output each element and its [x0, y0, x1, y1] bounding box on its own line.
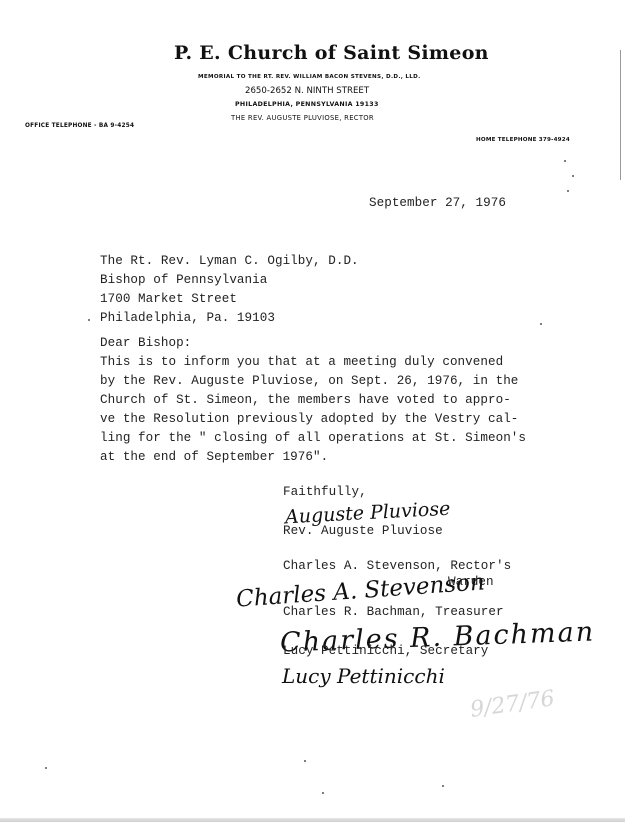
- body-line: at the end of September 1976".: [100, 448, 328, 467]
- body-line: Church of St. Simeon, the members have v…: [100, 391, 511, 410]
- letterhead-memorial: MEMORIAL TO THE RT. REV. WILLIAM BACON S…: [198, 74, 421, 80]
- typed-name-pluviose: Rev. Auguste Pluviose: [283, 522, 443, 541]
- letter-date: September 27, 1976: [369, 194, 506, 213]
- recipient-line: Philadelphia, Pa. 19103: [100, 309, 275, 328]
- typed-name-bachman: Charles R. Bachman, Treasurer: [283, 603, 504, 622]
- scan-speck: [442, 785, 444, 787]
- scan-bottom-edge: [0, 818, 625, 822]
- letterhead-city: PHILADELPHIA, PENNSYLVANIA 19133: [235, 101, 379, 108]
- home-telephone: HOME TELEPHONE 379-4924: [476, 137, 570, 143]
- scan-speck: [564, 160, 566, 162]
- body-line: ling for the " closing of all operations…: [100, 429, 526, 448]
- scan-speck: [567, 190, 569, 192]
- signature-pettinicchi: Lucy Pettinicchi: [282, 664, 445, 688]
- body-line: ve the Resolution previously adopted by …: [100, 410, 518, 429]
- scan-speck: [540, 323, 542, 325]
- body-line: by the Rev. Auguste Pluviose, on Sept. 2…: [100, 372, 518, 391]
- closing: Faithfully,: [283, 483, 367, 502]
- letterhead-street: 2650-2652 N. NINTH STREET: [245, 86, 369, 96]
- scan-speck: [304, 760, 306, 762]
- scan-speck: [322, 792, 324, 794]
- body-line: This is to inform you that at a meeting …: [100, 353, 503, 372]
- scan-edge-line: [620, 50, 621, 180]
- office-telephone: OFFICE TELEPHONE - BA 9-4254: [25, 123, 134, 129]
- letterhead-title: P. E. Church of Saint Simeon: [174, 42, 489, 64]
- scan-speck: [572, 175, 574, 177]
- pencil-annotation: 9/27/76: [469, 686, 556, 723]
- typed-name-pettinicchi: Lucy Pettinicchi, Secretary: [283, 642, 488, 661]
- recipient-line: 1700 Market Street: [100, 290, 237, 309]
- scan-speck: [45, 767, 47, 769]
- salutation: Dear Bishop:: [100, 334, 191, 353]
- letterhead-rector: THE REV. AUGUSTE PLUVIOSE, RECTOR: [231, 114, 374, 122]
- recipient-line: The Rt. Rev. Lyman C. Ogilby, D.D.: [100, 252, 359, 271]
- scan-speck: [88, 319, 90, 321]
- recipient-line: Bishop of Pennsylvania: [100, 271, 267, 290]
